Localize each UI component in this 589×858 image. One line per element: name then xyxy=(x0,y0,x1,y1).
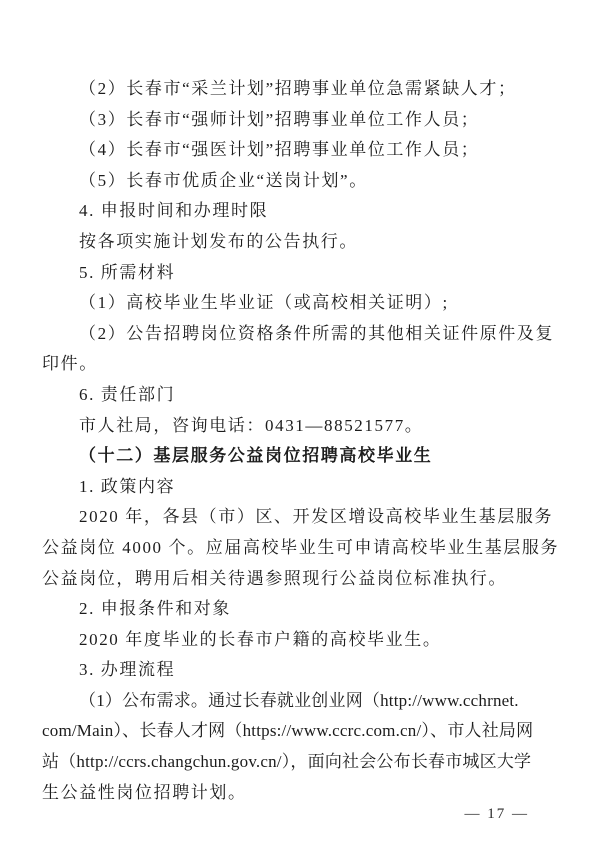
text-line: （3）长春市“强师计划”招聘事业单位工作人员； xyxy=(42,105,548,136)
text-line: （2）公告招聘岗位资格条件所需的其他相关证件原件及复 xyxy=(42,319,548,350)
page-number: — 17 — xyxy=(465,806,530,823)
text-line: 站（http://ccrs.changchun.gov.cn/），面向社会公布长… xyxy=(42,747,548,778)
text-line: 公益岗位，聘用后相关待遇参照现行公益岗位标准执行。 xyxy=(42,564,548,595)
text-line: 4. 申报时间和办理时限 xyxy=(42,196,548,227)
text-line: 市人社局，咨询电话：0431—88521577。 xyxy=(42,411,548,442)
text-line: 生公益性岗位招聘计划。 xyxy=(42,778,548,809)
text-line: （1）高校毕业生毕业证（或高校相关证明）; xyxy=(42,288,548,319)
text-line: 6. 责任部门 xyxy=(42,380,548,411)
text-line: （2）长春市“采兰计划”招聘事业单位急需紧缺人才； xyxy=(42,74,548,105)
text-line: com/Main）、长春人才网（https://www.ccrc.com.cn/… xyxy=(42,716,548,747)
text-line: 1. 政策内容 xyxy=(42,472,548,503)
section-heading: （十二）基层服务公益岗位招聘高校毕业生 xyxy=(42,441,548,472)
document-body: （2）长春市“采兰计划”招聘事业单位急需紧缺人才； （3）长春市“强师计划”招聘… xyxy=(42,74,548,808)
text-line: （5）长春市优质企业“送岗计划”。 xyxy=(42,166,548,197)
text-line: 2020 年，各县（市）区、开发区增设高校毕业生基层服务 xyxy=(42,502,548,533)
text-line: （1）公布需求。通过长春就业创业网（http://www.cchrnet. xyxy=(42,686,548,717)
text-line: 5. 所需材料 xyxy=(42,258,548,289)
text-line: 按各项实施计划发布的公告执行。 xyxy=(42,227,548,258)
document-page: （2）长春市“采兰计划”招聘事业单位急需紧缺人才； （3）长春市“强师计划”招聘… xyxy=(0,0,589,858)
text-line: （4）长春市“强医计划”招聘事业单位工作人员； xyxy=(42,135,548,166)
text-line: 印件。 xyxy=(42,349,548,380)
text-line: 3. 办理流程 xyxy=(42,655,548,686)
text-line: 2. 申报条件和对象 xyxy=(42,594,548,625)
text-line: 2020 年度毕业的长春市户籍的高校毕业生。 xyxy=(42,625,548,656)
text-line: 公益岗位 4000 个。应届高校毕业生可申请高校毕业生基层服务 xyxy=(42,533,548,564)
